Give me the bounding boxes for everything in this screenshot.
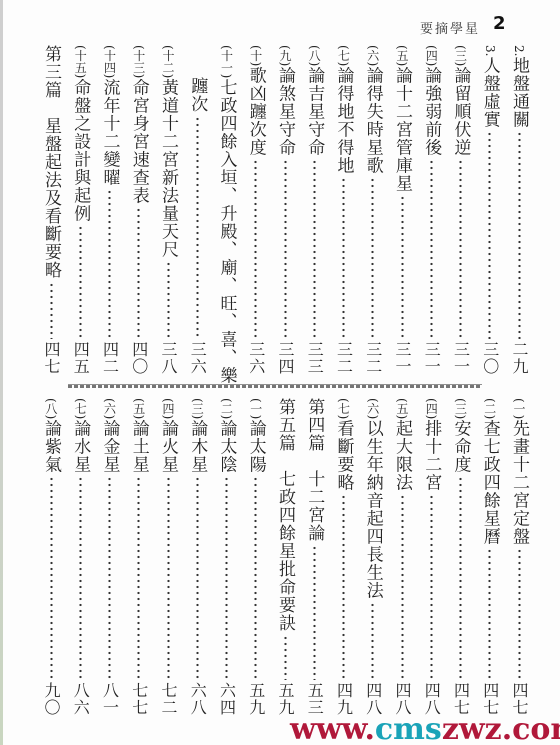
toc-entry[interactable]: (十四)流年十二變曜四二 — [99, 45, 121, 375]
toc-entry[interactable]: (六)論金星八一 — [99, 398, 121, 716]
dot-leader — [284, 635, 287, 680]
toc-page-number: 五三 — [303, 682, 325, 716]
toc-entry[interactable]: (十)歌凶躔次度三六 — [245, 45, 267, 375]
toc-entry[interactable]: 2.地盤通關二九 — [508, 45, 530, 375]
toc-entry[interactable]: (七)論得地不得地三二 — [333, 45, 355, 375]
toc-entry-number: (五) — [132, 398, 146, 419]
toc-entry-text: 黃道十二宮新法量天尺 — [158, 78, 178, 258]
toc-entry-title: (六)以生年納音起四長生法 — [362, 398, 384, 599]
dot-leader — [401, 494, 404, 680]
toc-entry-number: (十三) — [132, 45, 146, 78]
toc-entry-title: (三)論留順伏逆 — [450, 45, 472, 156]
toc-top-section: 2.地盤通關二九3.人盤虛實三〇(三)論留順伏逆三一(四)論強弱前後三一(五)論… — [40, 45, 530, 375]
toc-entry-number: (七) — [337, 45, 351, 66]
toc-entry-number: (四) — [424, 398, 438, 419]
toc-entry[interactable]: 第五篇 七政四餘星批命要訣五九 — [274, 398, 296, 716]
toc-entry[interactable]: (七)看斷要略四九 — [333, 398, 355, 716]
dot-leader — [459, 159, 462, 339]
toc-entry-title: (十)歌凶躔次度 — [245, 45, 267, 156]
toc-entry-number: (五) — [395, 398, 409, 419]
toc-entry-number: 2. — [512, 45, 526, 56]
dot-leader — [108, 476, 111, 680]
toc-entry-number: (二) — [220, 398, 234, 419]
toc-entry-title: (九)論煞星守命 — [274, 45, 296, 156]
toc-entry-text: 第三篇 星盤起法及看斷要略 — [41, 45, 61, 279]
toc-entry-text: 七政四餘入垣、升殿、廟、旺、喜、樂 — [217, 78, 237, 384]
toc-entry-title: (五)起大限法 — [391, 398, 413, 491]
toc-page-number: 三六 — [186, 341, 208, 375]
toc-entry-number: (十一) — [220, 45, 234, 78]
toc-entry-title: (五)論十二宮管庫星 — [391, 45, 413, 192]
toc-page-number: 三八 — [157, 341, 179, 375]
toc-entry-title: 躔次 — [186, 77, 208, 113]
toc-entry[interactable]: (六)論得失時星歌三二 — [362, 45, 384, 375]
toc-entry-text: 先畫十二宮定盤 — [509, 419, 529, 545]
toc-entry-number: (三) — [190, 398, 204, 419]
toc-entry-number: (六) — [366, 45, 380, 66]
toc-page-number: 四七 — [450, 682, 472, 716]
toc-entry-number: (七) — [73, 398, 87, 419]
toc-entry[interactable]: (四)論強弱前後三一 — [420, 45, 442, 375]
dot-leader — [254, 476, 257, 680]
toc-entry-text: 命盤之設計與起例 — [70, 78, 90, 222]
toc-entry-text: 論木星 — [187, 419, 207, 473]
page-number: 2 — [493, 13, 506, 34]
running-head: 要摘學星 — [420, 18, 480, 37]
toc-entry[interactable]: (五)起大限法四八 — [391, 398, 413, 716]
toc-page-number: 四八 — [391, 682, 413, 716]
dot-leader — [284, 159, 287, 339]
dot-leader — [430, 159, 433, 339]
toc-entry-text: 命宮身宮速查表 — [129, 78, 149, 204]
toc-entry-title: (七)論得地不得地 — [333, 45, 355, 174]
toc-entry-text: 查七政四餘星曆 — [480, 419, 500, 545]
watermark-mid: cms — [375, 712, 442, 745]
dot-leader — [488, 131, 491, 339]
page-edge — [0, 0, 3, 745]
toc-page-number: 九〇 — [40, 682, 62, 716]
toc-entry[interactable]: 第四篇 十二宮論五三 — [303, 398, 325, 716]
toc-page-number: 四八 — [420, 682, 442, 716]
toc-entry-title: (四)論火星 — [157, 398, 179, 473]
toc-entry[interactable]: (一)論太陽五九 — [245, 398, 267, 716]
toc-entry-text: 人盤虛實 — [480, 56, 500, 128]
toc-page-number: 二九 — [508, 341, 530, 375]
toc-entry[interactable]: (八)論紫氣九〇 — [40, 398, 62, 716]
toc-entry[interactable]: (五)論十二宮管庫星三一 — [391, 45, 413, 375]
toc-entry-number: (四) — [161, 398, 175, 419]
dot-leader — [137, 476, 140, 680]
dot-leader — [518, 131, 521, 339]
toc-entry-text: 以生年納音起四長生法 — [363, 419, 383, 599]
dot-leader — [254, 159, 257, 339]
toc-page-number: 四八 — [362, 682, 384, 716]
toc-entry[interactable]: (二)論太陰六四 — [216, 398, 238, 716]
toc-entry-title: (一)先畫十二宮定盤 — [508, 398, 530, 545]
toc-page-number: 三一 — [450, 341, 472, 375]
dot-leader — [371, 602, 374, 680]
toc-entry-title: (三)論木星 — [186, 398, 208, 473]
toc-columns: (一)先畫十二宮定盤四七(二)查七政四餘星曆四七(三)安命度四七(四)排十二宮四… — [40, 398, 530, 716]
toc-entry[interactable]: (十五)命盤之設計與起例四五 — [69, 45, 91, 375]
toc-entry-title: (六)論得失時星歌 — [362, 45, 384, 174]
toc-entry-number: (一) — [512, 398, 526, 419]
watermark-suffix: zwz.com — [442, 712, 560, 745]
toc-page-number: 三六 — [245, 341, 267, 375]
toc-entry-text: 第四篇 十二宮論 — [304, 398, 324, 542]
toc-entry-text: 論得地不得地 — [334, 66, 354, 174]
toc-page-number: 三一 — [391, 341, 413, 375]
toc-entry[interactable]: 第三篇 星盤起法及看斷要略四七 — [40, 45, 62, 375]
section-divider — [68, 384, 482, 388]
toc-entry-number: (八) — [44, 398, 58, 419]
toc-entry-text: 論得失時星歌 — [363, 66, 383, 174]
toc-page-number: 七二 — [157, 682, 179, 716]
toc-entry[interactable]: (三)論木星六八 — [186, 398, 208, 716]
toc-entry-title: (十四)流年十二變曜 — [99, 45, 121, 186]
toc-entry-title: (四)論強弱前後 — [420, 45, 442, 156]
toc-entry[interactable]: (十二)黃道十二宮新法量天尺三八 — [157, 45, 179, 375]
toc-page-number: 五九 — [245, 682, 267, 716]
toc-entry-title: (十五)命盤之設計與起例 — [69, 45, 91, 222]
toc-page-number: 三一 — [420, 341, 442, 375]
dot-leader — [108, 189, 111, 339]
toc-entry-number: (四) — [424, 45, 438, 66]
dot-leader — [196, 476, 199, 680]
toc-page-number: 四〇 — [128, 341, 150, 375]
dot-leader — [342, 177, 345, 339]
toc-entry-text: 論金星 — [100, 419, 120, 473]
toc-entry-text: 看斷要略 — [334, 419, 354, 491]
toc-entry-text: 論吉星守命 — [304, 66, 324, 156]
toc-page-number: 六八 — [186, 682, 208, 716]
toc-page-number: 六四 — [216, 682, 238, 716]
toc-entry-text: 論太陽 — [246, 419, 266, 473]
dot-leader — [167, 261, 170, 339]
toc-entry[interactable]: (九)論煞星守命三四 — [274, 45, 296, 375]
toc-entry[interactable]: (二)查七政四餘星曆四七 — [479, 398, 501, 716]
toc-entry-number: (五) — [395, 45, 409, 66]
toc-entry-text: 論土星 — [129, 419, 149, 473]
toc-entry-title: (十一)七政四餘入垣、升殿、廟、旺、喜、樂 — [216, 45, 238, 384]
toc-page-number: 八一 — [99, 682, 121, 716]
toc-entry-title: (五)論土星 — [128, 398, 150, 473]
toc-entry-number: (八) — [307, 45, 321, 66]
dot-leader — [430, 494, 433, 680]
dot-leader — [459, 476, 462, 680]
dot-leader — [79, 476, 82, 680]
toc-entry-text: 論水星 — [70, 419, 90, 473]
toc-entry-title: (十三)命宮身宮速查表 — [128, 45, 150, 204]
dot-leader — [342, 494, 345, 680]
toc-page-number: 七七 — [128, 682, 150, 716]
toc-entry-text: 論十二宮管庫星 — [392, 66, 412, 192]
toc-entry-title: (八)論吉星守命 — [303, 45, 325, 156]
watermark-prefix: www. — [290, 712, 375, 745]
toc-entry-text: 論留順伏逆 — [451, 66, 471, 156]
toc-entry-number: (十四) — [103, 45, 117, 78]
toc-page-number: 四二 — [99, 341, 121, 375]
toc-page-number: 三三 — [303, 341, 325, 375]
toc-entry-text: 地盤通關 — [509, 56, 529, 128]
dot-leader — [488, 548, 491, 680]
toc-page-number: 三〇 — [479, 341, 501, 375]
toc-entry-text: 排十二宮 — [421, 419, 441, 491]
toc-entry-number: 3. — [483, 45, 497, 56]
toc-entry-title: (三)安命度 — [450, 398, 472, 473]
toc-entry-number: (六) — [103, 398, 117, 419]
dot-leader — [401, 195, 404, 339]
toc-entry[interactable]: (六)以生年納音起四長生法四八 — [362, 398, 384, 716]
toc-entry-text: 論強弱前後 — [421, 66, 441, 156]
toc-entry[interactable]: (十一)七政四餘入垣、升殿、廟、旺、喜、樂 — [216, 45, 238, 375]
toc-columns: 2.地盤通關二九3.人盤虛實三〇(三)論留順伏逆三一(四)論強弱前後三一(五)論… — [40, 45, 530, 375]
toc-page-number: 四五 — [69, 341, 91, 375]
toc-entry[interactable]: (一)先畫十二宮定盤四七 — [508, 398, 530, 716]
dot-leader — [196, 116, 199, 339]
toc-entry[interactable]: (三)安命度四七 — [450, 398, 472, 716]
toc-entry[interactable]: (三)論留順伏逆三一 — [450, 45, 472, 375]
toc-entry-text: 安命度 — [451, 419, 471, 473]
toc-entry-number: (二) — [483, 398, 497, 419]
dot-leader — [79, 225, 82, 339]
toc-entry-title: 第五篇 七政四餘星批命要訣 — [274, 398, 296, 632]
toc-entry-title: (二)查七政四餘星曆 — [479, 398, 501, 545]
toc-entry-title: 3.人盤虛實 — [479, 45, 501, 128]
toc-entry-text: 躔次 — [187, 77, 207, 113]
toc-entry[interactable]: (四)排十二宮四八 — [420, 398, 442, 716]
toc-entry-number: (七) — [337, 398, 351, 419]
toc-page-number: 四七 — [40, 341, 62, 375]
toc-entry-text: 論煞星守命 — [275, 66, 295, 156]
toc-entry-number: (六) — [366, 398, 380, 419]
toc-entry-title: (四)排十二宮 — [420, 398, 442, 491]
dot-leader — [167, 476, 170, 680]
toc-entry-number: (九) — [278, 45, 292, 66]
toc-page-number: 三二 — [362, 341, 384, 375]
toc-entry-title: (十二)黃道十二宮新法量天尺 — [157, 45, 179, 258]
toc-entry-number: (十五) — [73, 45, 87, 78]
toc-entry-text: 論火星 — [158, 419, 178, 473]
dot-leader — [313, 545, 316, 680]
toc-entry[interactable]: 躔次三六 — [186, 45, 208, 375]
dot-leader — [313, 159, 316, 339]
toc-entry-number: (十二) — [161, 45, 175, 78]
toc-entry-text: 流年十二變曜 — [100, 78, 120, 186]
dot-leader — [225, 476, 228, 680]
toc-entry-title: (七)看斷要略 — [333, 398, 355, 491]
dot-leader — [50, 282, 53, 339]
toc-entry-text: 論太陰 — [217, 419, 237, 473]
toc-entry[interactable]: 3.人盤虛實三〇 — [479, 45, 501, 375]
toc-entry-number: (一) — [249, 398, 263, 419]
toc-entry-text: 第五篇 七政四餘星批命要訣 — [275, 398, 295, 632]
dot-leader — [371, 177, 374, 339]
toc-entry[interactable]: (五)論土星七七 — [128, 398, 150, 716]
toc-entry-title: (八)論紫氣 — [40, 398, 62, 473]
toc-entry-title: (一)論太陽 — [245, 398, 267, 473]
dot-leader — [137, 207, 140, 339]
toc-entry-number: (三) — [454, 398, 468, 419]
toc-entry-title: 第四篇 十二宮論 — [303, 398, 325, 542]
toc-entry-title: 第三篇 星盤起法及看斷要略 — [40, 45, 62, 279]
toc-entry-number: (三) — [454, 45, 468, 66]
watermark: www.cmszwz.com — [290, 712, 560, 745]
dot-leader — [518, 548, 521, 680]
toc-entry-title: (二)論太陰 — [216, 398, 238, 473]
toc-bottom-section: (一)先畫十二宮定盤四七(二)查七政四餘星曆四七(三)安命度四七(四)排十二宮四… — [40, 398, 530, 716]
toc-entry-text: 起大限法 — [392, 419, 412, 491]
toc-page-number: 五九 — [274, 682, 296, 716]
toc-entry-number: (十) — [249, 45, 263, 66]
toc-entry-text: 論紫氣 — [41, 419, 61, 473]
toc-page-number: 八六 — [69, 682, 91, 716]
toc-page-number: 四七 — [508, 682, 530, 716]
toc-entry[interactable]: (十三)命宮身宮速查表四〇 — [128, 45, 150, 375]
toc-entry-title: (六)論金星 — [99, 398, 121, 473]
dot-leader — [50, 476, 53, 680]
toc-entry[interactable]: (四)論火星七二 — [157, 398, 179, 716]
toc-entry-text: 歌凶躔次度 — [246, 66, 266, 156]
toc-page-number: 三四 — [274, 341, 296, 375]
toc-entry-title: 2.地盤通關 — [508, 45, 530, 128]
toc-entry-title: (七)論水星 — [69, 398, 91, 473]
toc-entry[interactable]: (八)論吉星守命三三 — [303, 45, 325, 375]
toc-page-number: 四九 — [333, 682, 355, 716]
toc-entry[interactable]: (七)論水星八六 — [69, 398, 91, 716]
toc-page-number: 三二 — [333, 341, 355, 375]
toc-page-number: 四七 — [479, 682, 501, 716]
